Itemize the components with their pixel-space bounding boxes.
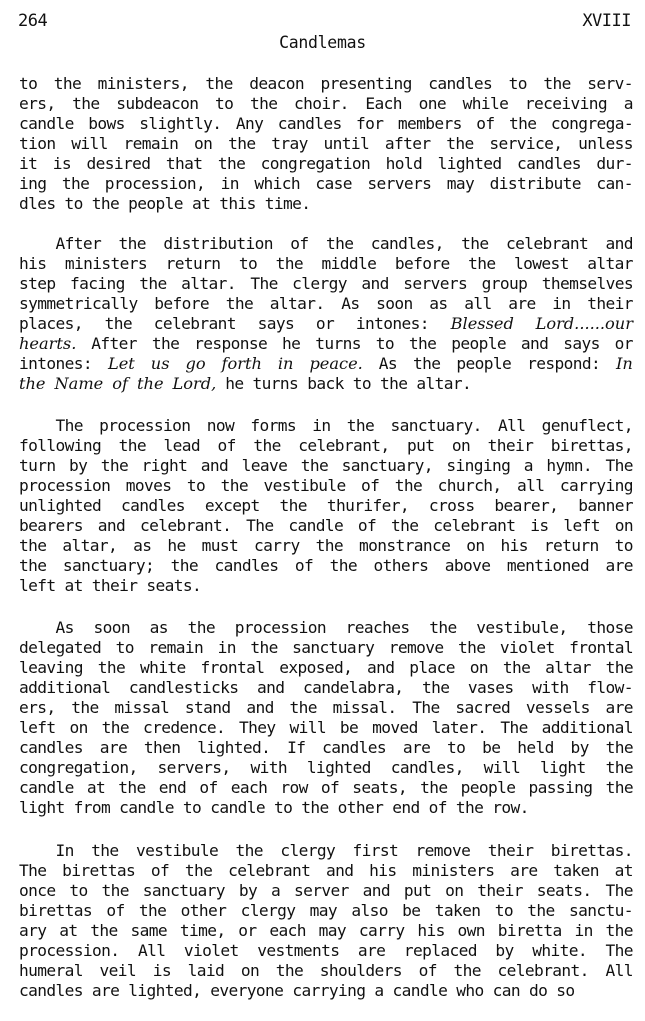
word: sanctuary,	[342, 456, 433, 476]
word: The	[500, 718, 527, 738]
word: thurifer,	[327, 496, 409, 516]
word: are	[508, 294, 535, 314]
word: clergy	[280, 841, 335, 861]
word: The	[606, 456, 633, 476]
word: procession,	[105, 174, 205, 194]
word: slightly.	[139, 114, 221, 134]
word: to	[274, 798, 292, 818]
word: he	[282, 334, 300, 354]
word: the	[606, 778, 633, 798]
word: the	[395, 476, 422, 496]
word: before	[395, 254, 450, 274]
word: the	[347, 416, 374, 436]
word: distribution	[163, 234, 273, 254]
word: members	[398, 114, 462, 134]
word: flow-	[587, 678, 633, 698]
word: altar	[587, 254, 633, 274]
word: soon	[93, 618, 130, 638]
word: his	[500, 536, 527, 556]
word: a	[524, 456, 533, 476]
text-line: Afterthedistributionofthecandles,thecele…	[19, 234, 633, 254]
word: the	[19, 536, 46, 556]
word: all	[517, 476, 544, 496]
word: at	[615, 861, 633, 881]
paragraph: totheministers,thedeaconpresentingcandle…	[19, 74, 633, 214]
word: celebrant.	[140, 516, 231, 536]
word: clergy	[292, 274, 347, 294]
word: ministers,	[98, 74, 189, 94]
word: remain	[148, 638, 203, 658]
text-line: ingtheprocession,inwhichcaseserversmaydi…	[19, 174, 633, 194]
word: The	[250, 274, 277, 294]
paragraph: Afterthedistributionofthecandles,thecele…	[19, 234, 633, 394]
word: by	[239, 881, 257, 901]
word: remove	[389, 638, 444, 658]
word: The	[606, 941, 633, 961]
word: candles	[121, 496, 185, 516]
word: vessels	[526, 698, 590, 718]
word: distribute	[490, 174, 581, 194]
word: on	[445, 881, 463, 901]
word: desired	[86, 154, 150, 174]
word: birettas,	[551, 436, 633, 456]
word: can-	[596, 174, 633, 194]
word: deacon	[249, 74, 304, 94]
text-line: bearersandcelebrant.Thecandleofthecelebr…	[19, 516, 633, 536]
text-line: candlesarethenlighted.Ifcandlesaretobehe…	[19, 738, 633, 758]
word: as	[150, 618, 168, 638]
word: the	[72, 94, 99, 114]
word: the	[420, 778, 447, 798]
word: Each	[365, 94, 402, 114]
word: people	[461, 778, 516, 798]
word: servers,	[158, 758, 231, 778]
word: In	[19, 841, 74, 861]
word: of	[429, 798, 447, 818]
word: cross	[429, 496, 475, 516]
word: following	[19, 436, 101, 456]
word: As	[19, 618, 74, 638]
word: ministers	[65, 254, 147, 274]
word: the	[221, 476, 248, 496]
word: birettas	[19, 901, 92, 921]
word: birettas	[62, 861, 135, 881]
word: seats.	[537, 881, 592, 901]
word: same	[130, 921, 167, 941]
word: are	[100, 738, 127, 758]
word: ing	[19, 174, 46, 194]
word: in	[278, 354, 294, 374]
word: forms	[250, 416, 296, 436]
word: candle	[119, 798, 174, 818]
word: it	[19, 154, 37, 174]
word: the	[137, 374, 164, 394]
word: later.	[432, 718, 487, 738]
word: ministers	[412, 861, 494, 881]
word: singing	[446, 456, 510, 476]
word: ers,	[19, 94, 56, 114]
word: vestibule	[136, 841, 218, 861]
word: the	[380, 374, 407, 394]
word: themselves	[542, 274, 633, 294]
word: the	[276, 254, 303, 274]
word: candles	[428, 74, 492, 94]
word: celebrant	[506, 234, 588, 254]
word: carry	[254, 536, 300, 556]
word: sanctuary.	[390, 416, 481, 436]
word: the	[119, 436, 146, 456]
word: the	[326, 234, 353, 254]
word: on	[452, 436, 470, 456]
word: the	[391, 516, 418, 536]
word: the	[205, 74, 232, 94]
word: banner	[578, 496, 633, 516]
word: hold	[386, 154, 423, 174]
word: the	[446, 134, 473, 154]
word: held	[517, 738, 554, 758]
word: right	[142, 456, 188, 476]
word: tray	[271, 134, 308, 154]
word: the	[71, 698, 98, 718]
word: unlighted	[19, 496, 101, 516]
word: may	[447, 174, 474, 194]
word: of	[321, 778, 339, 798]
word: by	[571, 738, 589, 758]
word: vestments	[257, 941, 339, 961]
word: congrega-	[551, 114, 633, 134]
word: one	[419, 94, 446, 114]
text-line: additionalcandlesticksandcandelabra,thev…	[19, 678, 633, 698]
text-line: thealtar,ashemustcarrythemonstranceonhis…	[19, 536, 633, 556]
word: above	[445, 556, 491, 576]
word: frontal	[569, 638, 633, 658]
text-line: itisdesiredthatthecongregationholdlighte…	[19, 154, 633, 174]
word: candle	[19, 778, 74, 798]
word: All	[138, 941, 165, 961]
word: hymn.	[546, 456, 592, 476]
word: sanctuary;	[63, 556, 154, 576]
word: group	[482, 274, 528, 294]
word: from	[74, 798, 111, 818]
word: other	[338, 798, 384, 818]
word: candles	[19, 981, 83, 1001]
word: others	[374, 556, 429, 576]
text-line: leftonthecredence.Theywillbemovedlater.T…	[19, 718, 633, 738]
word: unless	[578, 134, 633, 154]
word: to	[187, 476, 205, 496]
word: service,	[489, 134, 562, 154]
word: be	[340, 718, 358, 738]
word: or	[238, 921, 256, 941]
word: credence.	[143, 718, 225, 738]
word: case	[315, 174, 352, 194]
word: left	[19, 718, 56, 738]
word: by	[495, 941, 513, 961]
word: bearer,	[494, 496, 558, 516]
word: the	[101, 456, 128, 476]
word: their	[477, 881, 523, 901]
word: after	[385, 134, 431, 154]
text-line: Assoonastheprocessionreachesthevestibule…	[19, 618, 633, 638]
word: a	[624, 94, 633, 114]
word: All	[605, 961, 632, 981]
word: to	[215, 94, 233, 114]
word: the	[289, 698, 316, 718]
word: receiving	[525, 94, 607, 114]
word: the	[422, 678, 449, 698]
word: violet	[500, 638, 555, 658]
word: laid	[188, 961, 225, 981]
word: carry	[359, 921, 405, 941]
word: will	[71, 134, 108, 154]
word: the	[606, 921, 633, 941]
text-line: theNameoftheLord,heturnsbacktothealtar.	[19, 374, 633, 394]
text-line: oncetothesanctuarybyaserverandputontheir…	[19, 881, 633, 901]
text-line: turnbytherightandleavethesanctuary,singi…	[19, 456, 633, 476]
word: place	[409, 658, 455, 678]
word: candle	[392, 981, 447, 1001]
word: candles,	[391, 758, 464, 778]
word: facing	[70, 274, 125, 294]
text-line: leavingthewhitefrontalexposed,andplaceon…	[19, 658, 633, 678]
word: peace.	[309, 354, 362, 374]
word: his	[369, 861, 396, 881]
word: sanctuary	[292, 638, 374, 658]
word: ers,	[19, 698, 56, 718]
word: is	[530, 516, 548, 536]
word: celebrant	[433, 516, 515, 536]
text-line: Thebirettasofthecelebrantandhisministers…	[19, 861, 633, 881]
word: the	[527, 901, 554, 921]
word: Name	[55, 374, 104, 394]
word: altar.	[270, 294, 325, 314]
text-line: places,thecelebrantsaysorintones:Blessed…	[19, 314, 633, 334]
word: the	[429, 618, 456, 638]
word: sacred	[455, 698, 510, 718]
word: will	[484, 758, 521, 778]
word: seats.	[146, 576, 201, 596]
word: time.	[265, 194, 311, 214]
paragraph: Theprocessionnowformsinthesanctuary.Allg…	[19, 416, 633, 596]
word: before	[154, 294, 209, 314]
word: candles	[19, 738, 83, 758]
word: for	[356, 114, 383, 134]
word: to	[495, 901, 513, 921]
word: time,	[180, 921, 226, 941]
paragraph: Inthevestibuletheclergyfirstremovetheirb…	[19, 841, 633, 1001]
word: to	[19, 74, 37, 94]
word: the	[250, 638, 277, 658]
word: are	[358, 941, 385, 961]
word: this	[219, 194, 256, 214]
word: The	[246, 516, 273, 536]
word: celebrant	[228, 861, 310, 881]
word: After	[19, 234, 101, 254]
text-line: totheministers,thedeaconpresentingcandle…	[19, 74, 633, 94]
word: is	[53, 154, 71, 174]
word: The	[605, 881, 632, 901]
word: additional	[19, 678, 110, 698]
word: put	[404, 881, 431, 901]
word: All	[498, 416, 525, 436]
word: If	[287, 738, 305, 758]
word: the	[301, 456, 328, 476]
word: while	[463, 94, 509, 114]
word: candelabra,	[303, 678, 403, 698]
word: says	[563, 334, 600, 354]
word: ary	[19, 921, 46, 941]
text-line: birettasoftheotherclergymayalsobetakento…	[19, 901, 633, 921]
word: is	[153, 961, 171, 981]
word: candle	[19, 114, 74, 134]
word: the	[543, 74, 570, 94]
word: to	[239, 254, 257, 274]
text-line: delegatedtoremaininthesanctuaryremovethe…	[19, 638, 633, 658]
word: first	[352, 841, 398, 861]
word: all	[464, 294, 491, 314]
word: and	[326, 861, 353, 881]
word: The	[412, 698, 439, 718]
text-line: leftattheirseats.	[19, 576, 633, 596]
word: of	[290, 234, 308, 254]
word: the	[105, 314, 132, 334]
text-line: Inthevestibuletheclergyfirstremovetheirb…	[19, 841, 633, 861]
word: violet	[184, 941, 239, 961]
word: and	[367, 658, 394, 678]
word: respond:	[527, 354, 600, 374]
word: each	[269, 921, 306, 941]
word: middle	[322, 254, 377, 274]
word: step	[19, 274, 56, 294]
word: procession	[235, 618, 326, 638]
word: sanctuary	[143, 881, 225, 901]
word: until	[323, 134, 369, 154]
word: the	[54, 74, 81, 94]
word: their	[92, 576, 138, 596]
word: presenting	[321, 74, 412, 94]
word: of	[218, 436, 236, 456]
word: of	[106, 901, 124, 921]
word: the	[409, 334, 436, 354]
word: people	[456, 354, 511, 374]
word: procession.	[19, 941, 119, 961]
word: and	[521, 334, 548, 354]
word: the	[118, 778, 145, 798]
text-line: congregation,servers,withlightedcandles,…	[19, 758, 633, 778]
word: the	[250, 94, 277, 114]
word: the	[228, 134, 255, 154]
word: and	[606, 234, 633, 254]
word: return	[166, 254, 221, 274]
word: frontal	[200, 658, 264, 678]
word: church,	[438, 476, 502, 496]
text-line: candlesarelighted,everyonecarryingacandl…	[19, 981, 633, 1001]
word: lighted	[307, 758, 371, 778]
word: the	[301, 798, 328, 818]
word: in	[552, 294, 570, 314]
word: Lord......our	[536, 314, 633, 334]
word: to	[376, 334, 394, 354]
word: In	[616, 354, 633, 374]
word: at	[65, 576, 83, 596]
word: exposed,	[279, 658, 352, 678]
word: row.	[492, 798, 529, 818]
word: the	[468, 254, 495, 274]
word: carrying	[292, 981, 365, 1001]
word: which	[254, 174, 300, 194]
word: also	[351, 901, 388, 921]
word: altar,	[62, 536, 117, 556]
word: those	[587, 618, 633, 638]
word: lead	[164, 436, 201, 456]
word: congregation	[261, 154, 371, 174]
word: own	[458, 921, 485, 941]
word: us	[151, 354, 170, 374]
word: the	[330, 556, 357, 576]
word: procession	[19, 476, 110, 496]
word: the	[98, 658, 125, 678]
word: are	[92, 981, 119, 1001]
word: As	[341, 294, 359, 314]
word: the	[236, 841, 263, 861]
word: are	[606, 698, 633, 718]
word: shoulders	[320, 961, 402, 981]
word: Blessed	[451, 314, 514, 334]
word: as	[133, 536, 151, 556]
word: may	[310, 901, 337, 921]
text-line: lightfromcandletocandletotheotherendofth…	[19, 798, 633, 818]
word: in	[218, 638, 236, 658]
word: the	[503, 658, 530, 678]
word: taken	[553, 861, 599, 881]
word: are	[510, 861, 537, 881]
word: the	[606, 658, 633, 678]
word: candle	[210, 798, 265, 818]
word: the	[171, 556, 198, 576]
word: to	[615, 536, 633, 556]
word: intones:	[19, 354, 92, 374]
word: subdeacon	[116, 94, 198, 114]
word: end	[392, 798, 419, 818]
word: candles	[278, 114, 342, 134]
word: Lord,	[173, 374, 217, 394]
word: left	[19, 576, 56, 596]
word: to	[65, 194, 83, 214]
text-line: candleattheendofeachrowofseats,thepeople…	[19, 778, 633, 798]
word: then	[144, 738, 181, 758]
text-line: processionmovestothevestibuleofthechurch…	[19, 476, 633, 496]
word: can	[493, 981, 520, 1001]
chapter-number: XVIII	[582, 11, 631, 31]
running-title: Candlemas	[0, 33, 645, 52]
word: of	[361, 476, 379, 496]
word: other	[181, 901, 227, 921]
word: of	[151, 861, 169, 881]
word: dur-	[596, 154, 633, 174]
word: celebrant,	[298, 436, 389, 456]
word: will	[289, 718, 326, 738]
word: in	[312, 416, 330, 436]
word: so	[556, 981, 574, 1001]
word: veil	[100, 961, 137, 981]
word: remain	[124, 134, 179, 154]
word: The	[19, 861, 46, 881]
word: the	[606, 738, 633, 758]
word: their	[488, 841, 534, 861]
word: leave	[242, 456, 288, 476]
word: the	[253, 436, 280, 456]
word: on	[470, 658, 488, 678]
